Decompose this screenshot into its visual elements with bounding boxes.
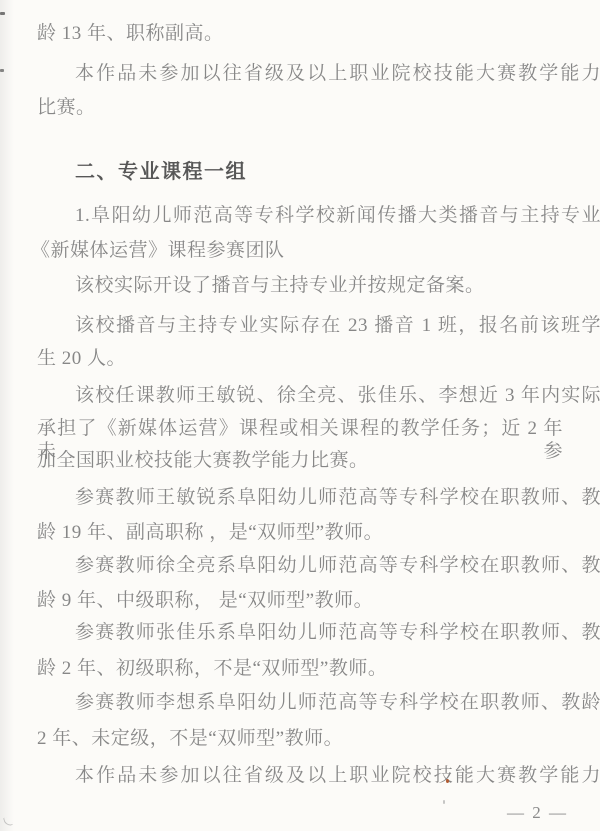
doc-line: 参赛教师徐全亮系阜阳幼儿师范高等专科学校在职教师、教 bbox=[37, 554, 600, 577]
doc-line: 《新媒体运营》课程参赛团队 bbox=[31, 239, 557, 262]
scan-artifact-tick bbox=[443, 800, 445, 804]
doc-line: 本作品未参加以往省级及以上职业院校技能大赛教学能力 bbox=[37, 62, 600, 85]
doc-line: 1.阜阳幼儿师范高等专科学校新闻传播大类播音与主持专业 bbox=[37, 204, 600, 227]
doc-line: 参赛教师李想系阜阳幼儿师范高等专科学校在职教师、教龄 bbox=[37, 691, 600, 714]
doc-line: 加全国职业校技能大赛教学能力比赛。 bbox=[37, 449, 563, 472]
section-heading: 二、专业课程一组 bbox=[37, 161, 600, 184]
doc-line: 该校播音与主持专业实际存在 23 播音 1 班，报名前该班学 bbox=[37, 314, 600, 337]
doc-line: 本作品未参加以往省级及以上职业院校技能大赛教学能力 bbox=[37, 764, 600, 787]
doc-line: 该校任课教师王敏锐、徐全亮、张佳乐、李想近 3 年内实际 bbox=[37, 384, 600, 407]
doc-line: 龄 2 年、初级职称，不是“双师型”教师。 bbox=[37, 657, 563, 680]
doc-line: 比赛。 bbox=[37, 96, 563, 119]
doc-line: 2 年、未定级，不是“双师型”教师。 bbox=[37, 727, 563, 750]
doc-line: 生 20 人。 bbox=[37, 347, 563, 370]
doc-line: 龄 9 年、中级职称， 是“双师型”教师。 bbox=[37, 589, 563, 612]
doc-line: 该校实际开设了播音与主持专业并按规定备案。 bbox=[37, 274, 600, 297]
scan-edge-shading bbox=[0, 0, 14, 831]
doc-line: 参赛教师张佳乐系阜阳幼儿师范高等专科学校在职教师、教 bbox=[37, 621, 600, 644]
doc-line: 龄 13 年、职称副高。 bbox=[37, 22, 563, 45]
scan-artifact-speck bbox=[0, 12, 5, 15]
doc-line: 参赛教师王敏锐系阜阳幼儿师范高等专科学校在职教师、教 bbox=[37, 486, 600, 509]
scanned-page: 龄 13 年、职称副高。 本作品未参加以往省级及以上职业院校技能大赛教学能力 比… bbox=[0, 0, 600, 831]
scan-artifact-speck bbox=[0, 69, 4, 72]
page-number: — 2 — bbox=[507, 803, 568, 823]
scan-artifact-corner-curl bbox=[3, 816, 13, 826]
doc-line: 龄 19 年、副高职称 ，是“双师型”教师。 bbox=[37, 521, 563, 544]
